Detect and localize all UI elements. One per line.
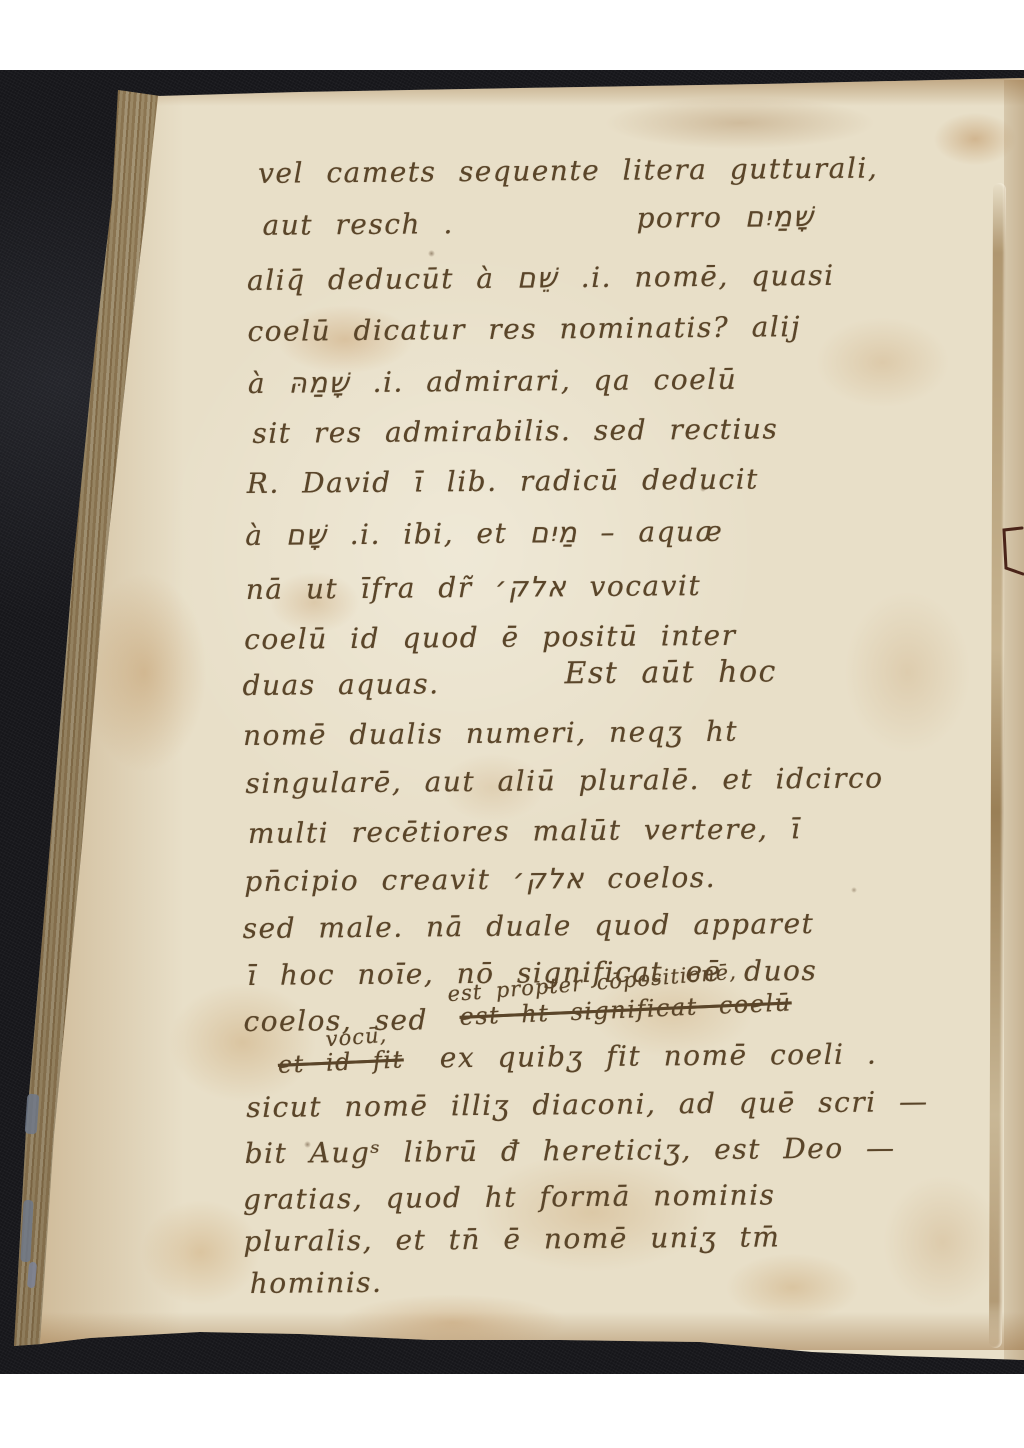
manuscript-line: nomē dualis numeri, neqʒ ht — [243, 716, 738, 753]
manuscript-line: à שָׁמַהּ .i. admirari, qa coelū — [248, 364, 738, 400]
manuscript-line: bit Augˢ librū đ hereticiʒ, est Deo — — [245, 1132, 896, 1170]
manuscript-line: duas aquas. — [242, 668, 439, 702]
manuscript-line: coelū id quod ē positū inter — [244, 620, 737, 656]
photo-mat-top — [0, 0, 1024, 70]
manuscript-line: gratias, quod ht formā nominis — [243, 1179, 776, 1216]
photo-mat-bottom — [0, 1374, 1024, 1448]
manuscript-line-right: Est aūt hoc — [564, 655, 777, 691]
manuscript-text-block: vel camets sequente litera gutturali, au… — [0, 0, 1024, 1448]
manuscript-line: coelū dicatur res nominatis? alij — [247, 311, 801, 348]
manuscript-line: pluralis, et tn̄ ē nomē uniʒ tm̄ — [243, 1221, 780, 1258]
manuscript-line: singularē, aut aliū pluralē. et idcirco — [245, 762, 883, 800]
manuscript-line: sit res admirabilis. sed rectius — [252, 413, 778, 450]
manuscript-line: ex quibʒ fit nomē coeli . — [440, 1038, 878, 1074]
manuscript-line: hominis. — [250, 1267, 383, 1300]
manuscript-line: pn̄cipio creavit אלק׳ coelos. — [244, 862, 716, 898]
manuscript-line: sicut nomē illiʒ diaconi, ad quē scri — — [246, 1086, 929, 1124]
struck-text: et id fit — [277, 1046, 404, 1079]
manuscript-line: à שָׁם .i. ibi, et מַיִם – aquæ — [245, 516, 723, 552]
inserted-text: vocū, — [325, 1023, 388, 1052]
manuscript-line: multi recētiores malūt vertere, ī — [248, 813, 802, 850]
manuscript-line-right: porro שָׁמַיִם — [636, 201, 814, 235]
manuscript-line: nā ut īfra dr̃ אלק׳ vocavit — [246, 570, 702, 606]
manuscript-line: vel camets sequente litera gutturali, — [258, 152, 878, 190]
manuscript-line: aut resch . — [262, 208, 453, 242]
manuscript-line: aliq̄ deducūt à שֵׁם .i. nomē, quasi — [247, 260, 835, 297]
manuscript-line: R. David ī lib. radicū deducit — [247, 463, 759, 500]
manuscript-line: sed male. nā duale quod apparet — [243, 908, 815, 945]
